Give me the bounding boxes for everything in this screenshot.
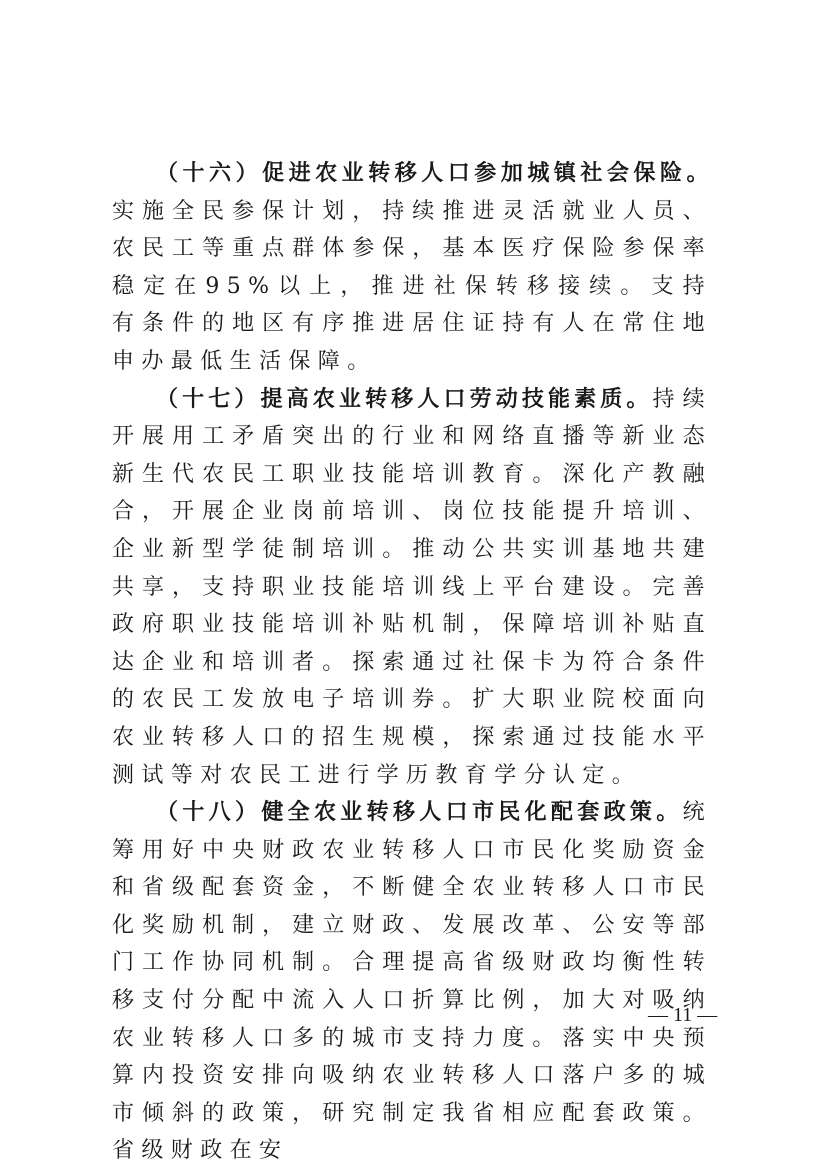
paragraph-text: 持续开展用工矛盾突出的行业和网络直播等新业态新生代农民工职业技能培训教育。深化产… <box>112 387 712 788</box>
paragraph-text: 统筹用好中央财政农业转移人口市民化奖励资金和省级配套资金，不断健全农业转移人口市… <box>112 800 712 1163</box>
paragraph-heading: （十六）促进农业转移人口参加城镇社会保险。 <box>156 161 712 186</box>
paragraph-16: （十六）促进农业转移人口参加城镇社会保险。实施全民参保计划，持续推进灵活就业人员… <box>112 155 712 381</box>
paragraph-17: （十七）提高农业转移人口劳动技能素质。持续开展用工矛盾突出的行业和网络直播等新业… <box>112 381 712 795</box>
document-page: （十六）促进农业转移人口参加城镇社会保险。实施全民参保计划，持续推进灵活就业人员… <box>0 0 826 1169</box>
paragraph-heading: （十八）健全农业转移人口市民化配套政策。 <box>156 800 683 825</box>
page-number: — 11 — <box>648 1004 717 1027</box>
document-body: （十六）促进农业转移人口参加城镇社会保险。实施全民参保计划，持续推进灵活就业人员… <box>112 155 712 1169</box>
paragraph-18: （十八）健全农业转移人口市民化配套政策。统筹用好中央财政农业转移人口市民化奖励资… <box>112 794 712 1169</box>
paragraph-text: 实施全民参保计划，持续推进灵活就业人员、农民工等重点群体参保，基本医疗保险参保率… <box>112 199 712 374</box>
paragraph-heading: （十七）提高农业转移人口劳动技能素质。 <box>156 387 653 412</box>
